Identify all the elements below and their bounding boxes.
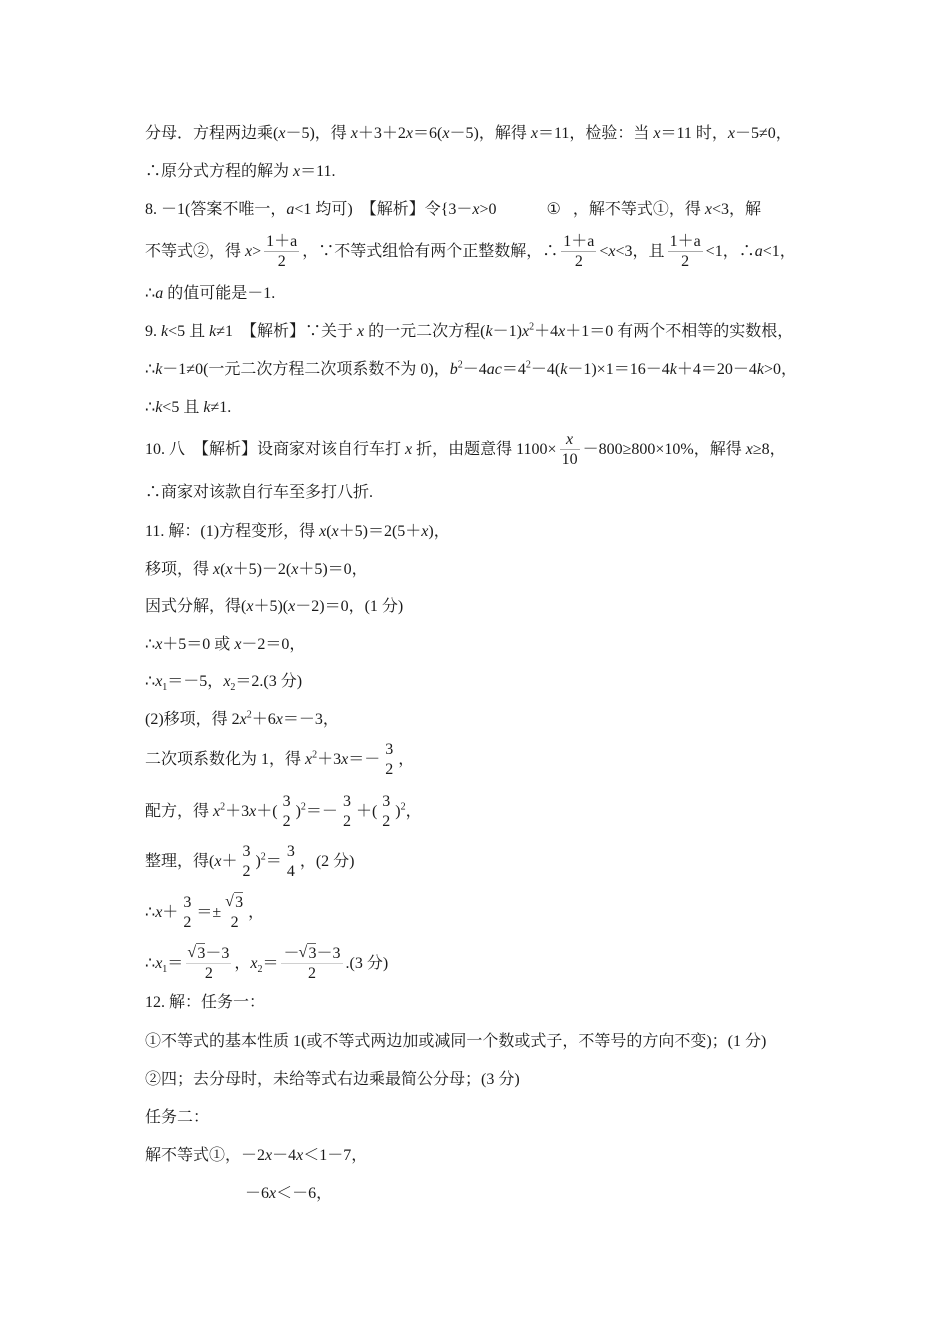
text: －2)＝0，(1 分) bbox=[295, 598, 403, 615]
var: k bbox=[757, 361, 764, 378]
text: .(3 分) bbox=[346, 955, 389, 972]
q11-line-8: 配方，得 x2＋3x＋(32)2＝－32＋(32)2， bbox=[145, 792, 422, 832]
text: 配方，得 bbox=[145, 803, 213, 820]
numerator: 3 bbox=[383, 740, 395, 759]
text: ＋ bbox=[162, 904, 178, 921]
numerator: 3 bbox=[281, 792, 293, 811]
text: －6 bbox=[245, 1185, 269, 1202]
text: －1≠0(一元二次方程二次项系数不为 0)， bbox=[162, 361, 449, 378]
denominator: 4 bbox=[285, 862, 297, 881]
q11-line-9: 整理，得(x＋32)2＝34，(2 分) bbox=[145, 842, 354, 882]
numerator: 3 bbox=[181, 893, 193, 912]
text: ①不等式的基本性质 1(或不等式两边加或减同一个数或式子，不等号的方向不变)；(… bbox=[145, 1033, 766, 1050]
text: ＋4 bbox=[534, 323, 558, 340]
text: ≠1 【解析】∵关于 bbox=[216, 323, 357, 340]
fraction: 3－32 bbox=[186, 943, 231, 983]
text: ， bbox=[406, 803, 422, 820]
fraction: 1＋a2 bbox=[561, 232, 596, 271]
fraction: 32 bbox=[224, 892, 245, 932]
text: ∴ bbox=[145, 285, 155, 302]
text: 11. 解：(1)方程变形，得 bbox=[145, 523, 319, 540]
text: ＝6( bbox=[413, 125, 442, 142]
var: x bbox=[705, 201, 712, 218]
text: 因式分解，得( bbox=[145, 598, 246, 615]
fraction: 32 bbox=[341, 792, 353, 831]
text: ＝2.(3 分) bbox=[235, 673, 302, 690]
text: ＋ bbox=[221, 853, 237, 870]
text: ＜－6， bbox=[276, 1185, 332, 1202]
text: > bbox=[252, 243, 261, 260]
document-page: 分母．方程两边乘(x－5)，得 x＋3＋2x＝6(x－5)，解得 x＝11，检验… bbox=[0, 0, 950, 1344]
var: x bbox=[728, 125, 735, 142]
text: ＋5＝0 或 bbox=[162, 636, 234, 653]
var: b bbox=[450, 361, 458, 378]
denominator: 2 bbox=[561, 252, 596, 271]
text: 9. bbox=[145, 323, 161, 340]
text: <3，解 bbox=[712, 201, 761, 218]
fraction: 1＋a2 bbox=[264, 232, 299, 271]
q8-line-1: 8. －1(答案不唯一，a<1 均可) 【解析】令{3－x>0①，解不等式①，得… bbox=[145, 200, 761, 220]
circled-one: ① bbox=[547, 201, 561, 218]
denominator: 2 bbox=[281, 964, 342, 983]
q11-line-10: ∴x＋32＝±32， bbox=[145, 893, 264, 933]
text: 10. 八 【解析】设商家对该自行车打 bbox=[145, 441, 405, 458]
q9-line-3: ∴k<5 且 k≠1. bbox=[145, 398, 231, 418]
square-root: 3 bbox=[234, 892, 243, 912]
text: ＝ bbox=[167, 955, 183, 972]
q11-line-2: 移项，得 x(x＋5)－2(x＋5)＝0， bbox=[145, 560, 368, 580]
q12-line-3: ②四；去分母时，未给等式右边乘最简公分母；(3 分) bbox=[145, 1070, 520, 1090]
var: k bbox=[670, 361, 677, 378]
text: 不等式②，得 bbox=[145, 243, 245, 260]
q11-line-5: ∴x1＝－5，x2＝2.(3 分) bbox=[145, 672, 302, 692]
text: －3 bbox=[205, 945, 229, 962]
denominator: 2 bbox=[224, 913, 245, 932]
denominator: 2 bbox=[341, 812, 353, 831]
fraction: x10 bbox=[560, 430, 580, 469]
text: ∴ bbox=[145, 673, 155, 690]
text: ＝11，检验：当 bbox=[538, 125, 653, 142]
q12-line-2: ①不等式的基本性质 1(或不等式两边加或减同一个数或式子，不等号的方向不变)；(… bbox=[145, 1032, 766, 1052]
var: k bbox=[486, 323, 493, 340]
denominator: 2 bbox=[264, 252, 299, 271]
denominator: 2 bbox=[186, 964, 231, 983]
q11-line-6: (2)移项，得 2x2＋6x＝－3， bbox=[145, 710, 339, 730]
q7-line-1: 分母．方程两边乘(x－5)，得 x＋3＋2x＝6(x－5)，解得 x＝11，检验… bbox=[145, 124, 792, 144]
var: x bbox=[351, 125, 358, 142]
text: ＝ bbox=[262, 955, 278, 972]
text: 的值可能是－1. bbox=[163, 285, 275, 302]
fraction: －3－32 bbox=[281, 943, 342, 983]
text: <3，且 bbox=[616, 243, 665, 260]
text: ， bbox=[248, 904, 264, 921]
fraction: 32 bbox=[181, 893, 193, 932]
text: <1，∴ bbox=[706, 243, 755, 260]
var: x bbox=[332, 523, 339, 540]
q11-line-4: ∴x＋5＝0 或 x－2＝0， bbox=[145, 635, 305, 655]
text: ＋( bbox=[256, 803, 277, 820]
text: 移项，得 bbox=[145, 561, 213, 578]
fraction: 32 bbox=[281, 792, 293, 831]
text: >0 bbox=[480, 201, 497, 218]
text: 分母．方程两边乘( bbox=[145, 125, 278, 142]
text: (2)移项，得 2 bbox=[145, 711, 240, 728]
text: ＋6 bbox=[252, 711, 276, 728]
text: 12. 解：任务一： bbox=[145, 994, 265, 1011]
text: 任务二： bbox=[145, 1109, 209, 1126]
q11-line-3: 因式分解，得(x＋5)(x－2)＝0，(1 分) bbox=[145, 597, 403, 617]
var: x bbox=[406, 125, 413, 142]
text: －2＝0， bbox=[241, 636, 305, 653]
text: ＜1－7， bbox=[303, 1147, 367, 1164]
denominator: 2 bbox=[281, 812, 293, 831]
text: ＝11 时， bbox=[660, 125, 727, 142]
q11-line-11: ∴x1＝3－32，x2＝－3－32.(3 分) bbox=[145, 944, 388, 984]
text: －800≥800×10%，解得 bbox=[583, 441, 746, 458]
text: －5≠0， bbox=[735, 125, 792, 142]
text: ＋5)＝2(5＋ bbox=[339, 523, 422, 540]
var: a bbox=[755, 243, 763, 260]
text: 二次项系数化为 1，得 bbox=[145, 751, 305, 768]
numerator: 3 bbox=[341, 792, 353, 811]
text: ＋1＝0 有两个不相等的实数根， bbox=[565, 323, 793, 340]
var: x bbox=[522, 323, 529, 340]
var: x bbox=[276, 711, 283, 728]
text: ∴ bbox=[145, 361, 155, 378]
q12-line-1: 12. 解：任务一： bbox=[145, 993, 265, 1013]
fraction: 32 bbox=[380, 792, 392, 831]
text: <5 且 bbox=[168, 323, 209, 340]
text: －5)，解得 bbox=[449, 125, 530, 142]
numerator: 3 bbox=[240, 842, 252, 861]
text: <1， bbox=[763, 243, 796, 260]
text: ＝11. bbox=[300, 163, 335, 180]
text: ≥8， bbox=[753, 441, 786, 458]
var: x bbox=[240, 711, 247, 728]
text: 整理，得( bbox=[145, 853, 214, 870]
numerator: 1＋a bbox=[264, 232, 299, 251]
fraction: 32 bbox=[383, 740, 395, 779]
text: ∴商家对该款自行车至多打八折. bbox=[145, 484, 373, 501]
text: 8. －1(答案不唯一， bbox=[145, 201, 286, 218]
fraction: 1＋a2 bbox=[668, 232, 703, 271]
text: －1) bbox=[493, 323, 522, 340]
text: －1)×1＝16－4 bbox=[567, 361, 669, 378]
numerator: －3－3 bbox=[281, 943, 342, 963]
denominator: 2 bbox=[668, 252, 703, 271]
q11-line-7: 二次项系数化为 1，得 x2＋3x＝－32， bbox=[145, 740, 414, 780]
text: ， bbox=[398, 751, 414, 768]
var: ac bbox=[487, 361, 502, 378]
text: )， bbox=[428, 523, 449, 540]
numerator: 3 bbox=[380, 792, 392, 811]
q11-line-1: 11. 解：(1)方程变形，得 x(x＋5)＝2(5＋x)， bbox=[145, 522, 450, 542]
text: ＋5)＝0， bbox=[298, 561, 367, 578]
q12-line-6: －6x＜－6， bbox=[245, 1184, 332, 1204]
text: ∴原分式方程的解为 bbox=[145, 163, 293, 180]
numerator: 3－3 bbox=[186, 943, 231, 963]
denominator: 2 bbox=[380, 812, 392, 831]
text: <5 且 bbox=[162, 399, 203, 416]
text: ＝ bbox=[266, 853, 282, 870]
text: － bbox=[283, 945, 299, 962]
text: ＋( bbox=[356, 803, 377, 820]
text: 折，由题意得 1100× bbox=[412, 441, 556, 458]
text: ＋3 bbox=[317, 751, 341, 768]
text: >0， bbox=[764, 361, 797, 378]
text: ＋5)( bbox=[253, 598, 288, 615]
text: ＋4＝20－4 bbox=[677, 361, 757, 378]
text: ∴ bbox=[145, 904, 155, 921]
numerator: x bbox=[560, 430, 580, 449]
q8-line-2: 不等式②，得 x>1＋a2，∵不等式组恰有两个正整数解，∴1＋a2<x<3，且1… bbox=[145, 232, 796, 272]
numerator: 1＋a bbox=[668, 232, 703, 251]
text: ＝4 bbox=[502, 361, 526, 378]
text: ，∵不等式组恰有两个正整数解，∴ bbox=[302, 243, 558, 260]
var: x bbox=[746, 441, 753, 458]
fraction: 32 bbox=[240, 842, 252, 881]
text: ＝± bbox=[196, 904, 221, 921]
text: ②四；去分母时，未给等式右边乘最简公分母；(3 分) bbox=[145, 1071, 520, 1088]
numerator: 3 bbox=[224, 892, 245, 912]
text: 的一元二次方程( bbox=[364, 323, 485, 340]
text: －4 bbox=[463, 361, 487, 378]
var: x bbox=[531, 125, 538, 142]
var: x bbox=[608, 243, 615, 260]
text: ＋3＋2 bbox=[358, 125, 406, 142]
q10-line-2: ∴商家对该款自行车至多打八折. bbox=[145, 483, 373, 503]
text: ＋5)－2( bbox=[233, 561, 292, 578]
text: ， bbox=[234, 955, 250, 972]
q7-line-2: ∴原分式方程的解为 x＝11. bbox=[145, 162, 336, 182]
text: －4( bbox=[531, 361, 560, 378]
var: x bbox=[472, 201, 479, 218]
square-root: 3 bbox=[307, 943, 316, 963]
q9-line-2: ∴k－1≠0(一元二次方程二次项系数不为 0)，b2－4ac＝42－4(k－1)… bbox=[145, 360, 797, 380]
denominator: 2 bbox=[383, 760, 395, 779]
q8-line-3: ∴a 的值可能是－1. bbox=[145, 284, 275, 304]
text: <1 均可) 【解析】令{3－ bbox=[294, 201, 472, 218]
denominator: 2 bbox=[181, 913, 193, 932]
fraction: 34 bbox=[285, 842, 297, 881]
text: 解不等式①，－2 bbox=[145, 1147, 265, 1164]
text: －3 bbox=[316, 945, 340, 962]
q12-line-4: 任务二： bbox=[145, 1108, 209, 1128]
text: ＝－ bbox=[306, 803, 338, 820]
text: ∴ bbox=[145, 955, 155, 972]
text: ＝－ bbox=[348, 751, 380, 768]
var: a bbox=[155, 285, 163, 302]
text: ∴ bbox=[145, 636, 155, 653]
q9-line-1: 9. k<5 且 k≠1 【解析】∵关于 x 的一元二次方程(k－1)x2＋4x… bbox=[145, 322, 793, 342]
numerator: 1＋a bbox=[561, 232, 596, 251]
text: －5)，得 bbox=[285, 125, 350, 142]
var: x bbox=[225, 561, 232, 578]
q10-line-1: 10. 八 【解析】设商家对该自行车打 x 折，由题意得 1100×x10－80… bbox=[145, 430, 786, 470]
text: ＝－3， bbox=[283, 711, 339, 728]
square-root: 3 bbox=[196, 943, 205, 963]
text: ＝－5， bbox=[167, 673, 223, 690]
text: ，解不等式①，得 bbox=[573, 201, 705, 218]
q12-line-5: 解不等式①，－2x－4x＜1－7， bbox=[145, 1146, 367, 1166]
text: ∴ bbox=[145, 399, 155, 416]
text: ，(2 分) bbox=[300, 853, 355, 870]
numerator: 3 bbox=[285, 842, 297, 861]
denominator: 2 bbox=[240, 862, 252, 881]
denominator: 10 bbox=[560, 450, 580, 469]
text: －4 bbox=[272, 1147, 296, 1164]
text: ＋3 bbox=[225, 803, 249, 820]
text: ≠1. bbox=[210, 399, 231, 416]
